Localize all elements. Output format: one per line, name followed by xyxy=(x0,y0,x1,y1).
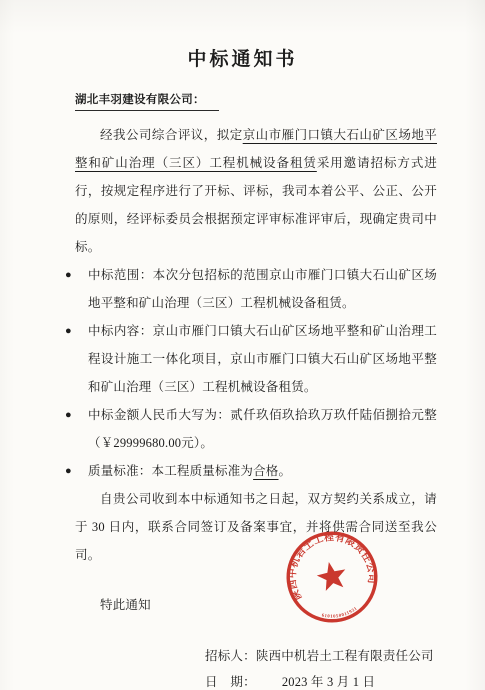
notice-line: 特此通知 xyxy=(75,591,437,619)
signature-block: 招标人：陕西中机岩土工程有限责任公司 日 期：2023 年 3 月 1 日 xyxy=(205,643,437,690)
addressee-row: 湖北丰羽建设有限公司： xyxy=(75,91,437,111)
scope-text: 中标范围：本次分包招标的范围京山市雁门口镇大石山矿区场地平整和矿山治理（三区）工… xyxy=(88,268,437,310)
bullet-icon: ● xyxy=(65,401,72,429)
addressee: 湖北丰羽建设有限公司： xyxy=(75,92,219,111)
document-page: 中标通知书 湖北丰羽建设有限公司： 经我公司综合评议，拟定京山市雁门口镇大石山矿… xyxy=(0,0,485,690)
content-text: 中标内容：京山市雁门口镇大石山矿区场地平整和矿山治理工程设计施工一体化项目，京山… xyxy=(88,324,437,394)
list-item-quality: ●质量标准：本工程质量标准为合格。 xyxy=(65,457,437,485)
intro-paragraph: 经我公司综合评议，拟定京山市雁门口镇大石山矿区场地平整和矿山治理（三区）工程机械… xyxy=(75,121,437,261)
closing-paragraph: 自贵公司收到本中标通知书之日起，双方契约关系成立，请于 30 日内，联系合同签订… xyxy=(75,485,437,569)
issuer-label: 招标人： xyxy=(205,649,256,663)
bullet-icon: ● xyxy=(65,317,72,345)
date-line: 日 期：2023 年 3 月 1 日 xyxy=(205,669,437,690)
list-item-amount: ●中标金额人民币大写为：贰仟玖佰玖拾玖万玖仟陆佰捌拾元整（￥29999680.0… xyxy=(65,401,437,457)
quality-text: 质量标准：本工程质量标准为 xyxy=(88,464,253,478)
issuer-line: 招标人：陕西中机岩土工程有限责任公司 xyxy=(205,643,437,669)
award-detail-list: ●中标范围：本次分包招标的范围京山市雁门口镇大石山矿区场地平整和矿山治理（三区）… xyxy=(65,261,437,485)
date-label: 日 期： xyxy=(205,675,256,689)
list-item-content: ●中标内容：京山市雁门口镇大石山矿区场地平整和矿山治理工程设计施工一体化项目，京… xyxy=(65,317,437,401)
amount-text: 中标金额人民币大写为：贰仟玖佰玖拾玖万玖仟陆佰捌拾元整（￥29999680.00… xyxy=(88,408,437,450)
list-item-scope: ●中标范围：本次分包招标的范围京山市雁门口镇大石山矿区场地平整和矿山治理（三区）… xyxy=(65,261,437,317)
document-title: 中标通知书 xyxy=(0,0,485,71)
issuer-name: 陕西中机岩土工程有限责任公司 xyxy=(256,649,434,663)
intro-rest: 采用邀请招标方式进行，按规定程序进行了开标、评标，我司本着公平、公正、公开的原则… xyxy=(75,156,437,254)
quality-grade-underlined: 合格 xyxy=(253,464,278,478)
date-value: 2023 年 3 月 1 日 xyxy=(282,669,375,690)
intro-lead: 经我公司综合评议，拟定 xyxy=(100,128,243,142)
bullet-icon: ● xyxy=(65,261,72,289)
bullet-icon: ● xyxy=(65,457,72,485)
